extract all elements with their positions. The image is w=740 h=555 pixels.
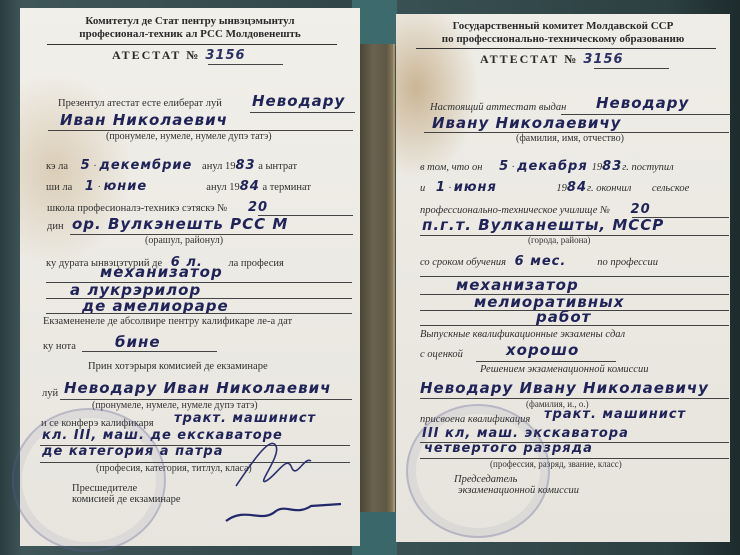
- profession-line-3: работ: [536, 308, 591, 326]
- certificate-title: АТТЕСТАТ № 3156: [480, 52, 624, 67]
- issued-to-label: Настоящий аттестат выдан: [430, 102, 566, 113]
- caption-name-2: (пронумеле, нумеле, нумеле дупэ татэ): [92, 400, 258, 411]
- decision-label: Решением экзаменационной комиссии: [480, 364, 648, 375]
- duration-label: со сроком обучения: [420, 257, 506, 268]
- finished-month: июня: [454, 180, 554, 195]
- entered-row: кэ ла 5 · декембрие анул 1983 а ынтрат: [46, 158, 297, 173]
- official-stamp: [406, 404, 550, 538]
- entered-prefix: в том, что он: [420, 162, 483, 173]
- school-row: профессионально-техническое училище № 20: [420, 202, 651, 217]
- cover-spine: [360, 44, 395, 514]
- profession-label: ла професия: [228, 258, 283, 269]
- entered-year: 83: [602, 159, 622, 174]
- holder-full-name: Неводару Ивану Николаевичу: [420, 379, 709, 397]
- chairman-label: Председатель экзаменационной комиссии: [454, 474, 579, 496]
- qualification-line-1: тракт. машинист: [544, 407, 686, 422]
- issuer-header-line2: професионал-техник ал РСС Молдовенешть: [20, 28, 360, 41]
- issuer-header-line1: Комитетул де Стат пентру ынвэцэмынтул: [20, 15, 360, 28]
- school-number: 20: [248, 200, 268, 215]
- entered-month: декембрие: [99, 158, 199, 173]
- issuer-header: Государственный комитет Молдавской ССР п…: [396, 20, 730, 46]
- line: [476, 361, 616, 362]
- line: [82, 351, 217, 352]
- school-label: школа професионалэ-техникэ сэтяскэ №: [47, 203, 227, 214]
- certificate-number: 3156: [205, 48, 245, 63]
- entered-suffix: а ынтрат: [258, 161, 297, 172]
- holder-given-names: Иван Николаевич: [60, 111, 228, 129]
- exam-grade: хорошо: [506, 341, 579, 359]
- certificate-title-label: АТЕСТАТ №: [112, 48, 200, 62]
- finished-row: ши ла 1 · юние анул 1984 а терминат: [46, 179, 311, 194]
- chairman-label-2: комисией де екзаминаре: [72, 494, 181, 505]
- exam-label: Выпускные квалификационные экзамены сдал: [420, 329, 625, 340]
- certificate-title: АТЕСТАТ № 3156: [112, 48, 246, 63]
- finished-month: юние: [104, 179, 204, 194]
- certificate-page-moldovan: Комитетул де Стат пентру ынвэцэмынтул пр…: [20, 8, 360, 546]
- caption-name: (пронумеле, нумеле, нумеле дупэ татэ): [106, 131, 272, 142]
- entered-year-label: анул 19: [202, 161, 235, 172]
- entered-year-label: 19: [592, 162, 603, 173]
- holder-full-name: Неводару Иван Николаевич: [64, 379, 331, 397]
- profession-line-1: механизатор: [456, 276, 579, 294]
- entered-day: 5: [81, 158, 91, 173]
- entered-suffix: г. поступил: [622, 162, 673, 173]
- chairman-label-2: экзаменационной комиссии: [458, 485, 579, 496]
- profession-line-1: механизатор: [100, 263, 223, 281]
- location-prefix: дин: [47, 221, 64, 232]
- entered-day: 5: [499, 159, 509, 174]
- lui-label: луй: [42, 388, 58, 399]
- holder-surname: Неводару: [596, 94, 689, 112]
- finished-prefix: ши ла: [46, 182, 72, 193]
- certificate-number: 3156: [583, 52, 623, 67]
- entered-month: декабря: [517, 159, 589, 174]
- holder-given-names: Ивану Николаевичу: [432, 114, 621, 132]
- finished-suffix: а терминат: [262, 182, 311, 193]
- qualification-line-1: тракт. машинист: [174, 411, 316, 426]
- school-number: 20: [631, 202, 651, 217]
- chairman-label-1: Председатель: [454, 474, 579, 485]
- grade-label: с оценкой: [420, 349, 463, 360]
- finished-day: 1: [436, 180, 446, 195]
- finished-suffix: г. окончил: [587, 183, 631, 194]
- study-duration: 6 мес.: [515, 254, 595, 269]
- school-label: профессионально-техническое училище №: [420, 205, 610, 216]
- finished-year: 84: [240, 179, 260, 194]
- line: [250, 112, 355, 113]
- profession-label: по профессии: [597, 257, 658, 268]
- exam-label: Екзамененеле де абсолвире пентру калифик…: [43, 316, 292, 327]
- official-stamp: [12, 408, 166, 552]
- issuer-header: Комитетул де Стат пентру ынвэцэмынтул пр…: [20, 15, 360, 41]
- caption-location: (орашул, районул): [145, 235, 223, 246]
- certificate-page-russian: Государственный комитет Молдавской ССР п…: [396, 14, 730, 542]
- entered-row: в том, что он 5 · декабря 1983г. поступи…: [420, 159, 674, 174]
- header-divider: [416, 48, 716, 49]
- caption-name: (фамилия, имя, отчество): [516, 133, 624, 144]
- duration-row: со сроком обучения 6 мес. по профессии: [420, 254, 658, 269]
- issuer-header-line2: по профессионально-техническому образова…: [396, 33, 730, 46]
- grade-label: ку нота: [43, 341, 76, 352]
- chairman-label: Пресшедителе комисией де екзаминаре: [72, 483, 181, 505]
- finished-row: и 1 · июня 1984г. окончил сельское: [420, 180, 689, 195]
- signature-chairman: [216, 426, 346, 536]
- line: [420, 325, 729, 326]
- caption-location: (города, района): [528, 235, 590, 245]
- school-location: п.г.т. Вулканешты, МССР: [422, 216, 664, 234]
- entered-prefix: кэ ла: [46, 161, 68, 172]
- entered-year: 83: [235, 158, 255, 173]
- finished-year-label: 19: [556, 183, 567, 194]
- number-underline: [594, 68, 669, 69]
- exam-grade: бине: [115, 333, 161, 351]
- finished-prefix: и: [420, 183, 425, 194]
- school-row: школа професионалэ-техникэ сэтяскэ № 20: [47, 200, 268, 215]
- school-type: сельское: [652, 183, 689, 194]
- chairman-label-1: Пресшедителе: [72, 483, 181, 494]
- finished-year-label: анул 19: [206, 182, 239, 193]
- header-divider: [47, 44, 337, 45]
- holder-surname: Неводару: [252, 92, 345, 110]
- decision-label: Прин хотэрыря комисией де екзаминаре: [88, 361, 268, 372]
- issuer-header-line1: Государственный комитет Молдавской ССР: [396, 20, 730, 33]
- finished-day: 1: [85, 179, 95, 194]
- school-location: ор. Вулкэнешть РСС М: [72, 215, 288, 233]
- certificate-title-label: АТТЕСТАТ №: [480, 52, 578, 66]
- finished-year: 84: [567, 180, 587, 195]
- line: [46, 313, 352, 314]
- number-underline: [208, 64, 283, 65]
- issued-to-label: Презентул атестат есте елиберат луй: [58, 98, 222, 109]
